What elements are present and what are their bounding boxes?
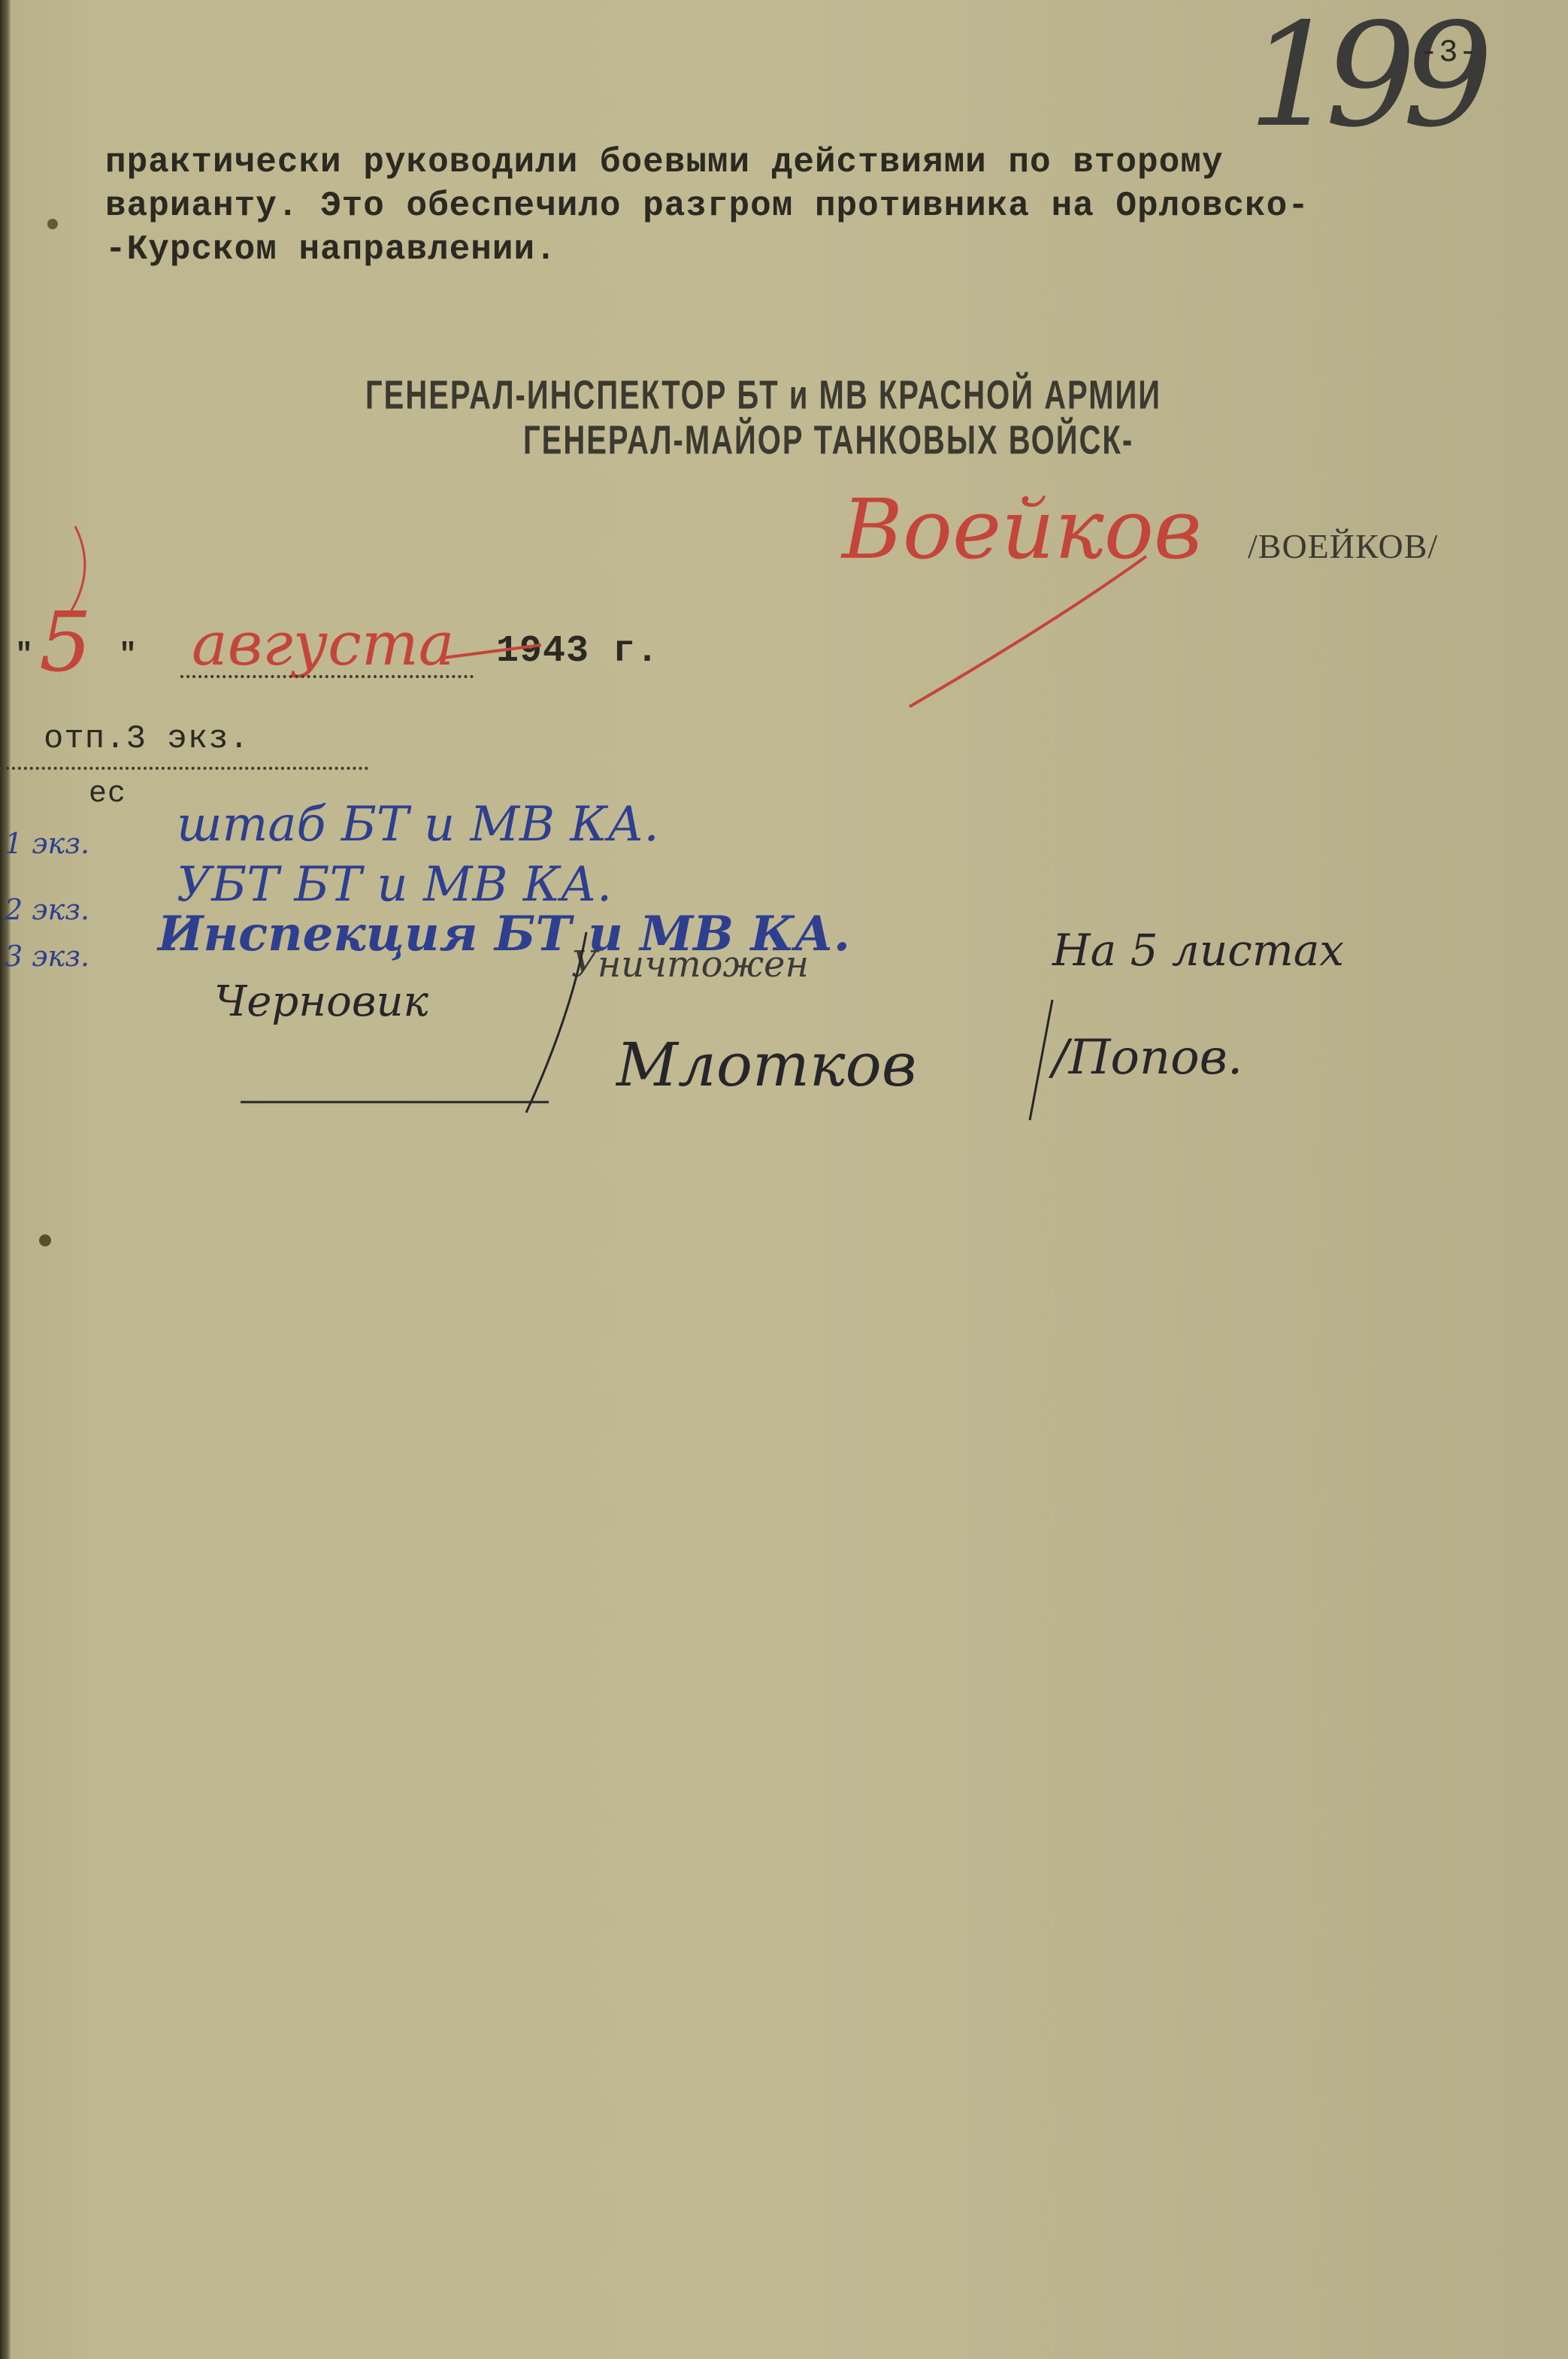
document-page: 199 -3- практически руководили боевыми д… [0,0,1568,2359]
ink-strokes [0,0,1568,2359]
